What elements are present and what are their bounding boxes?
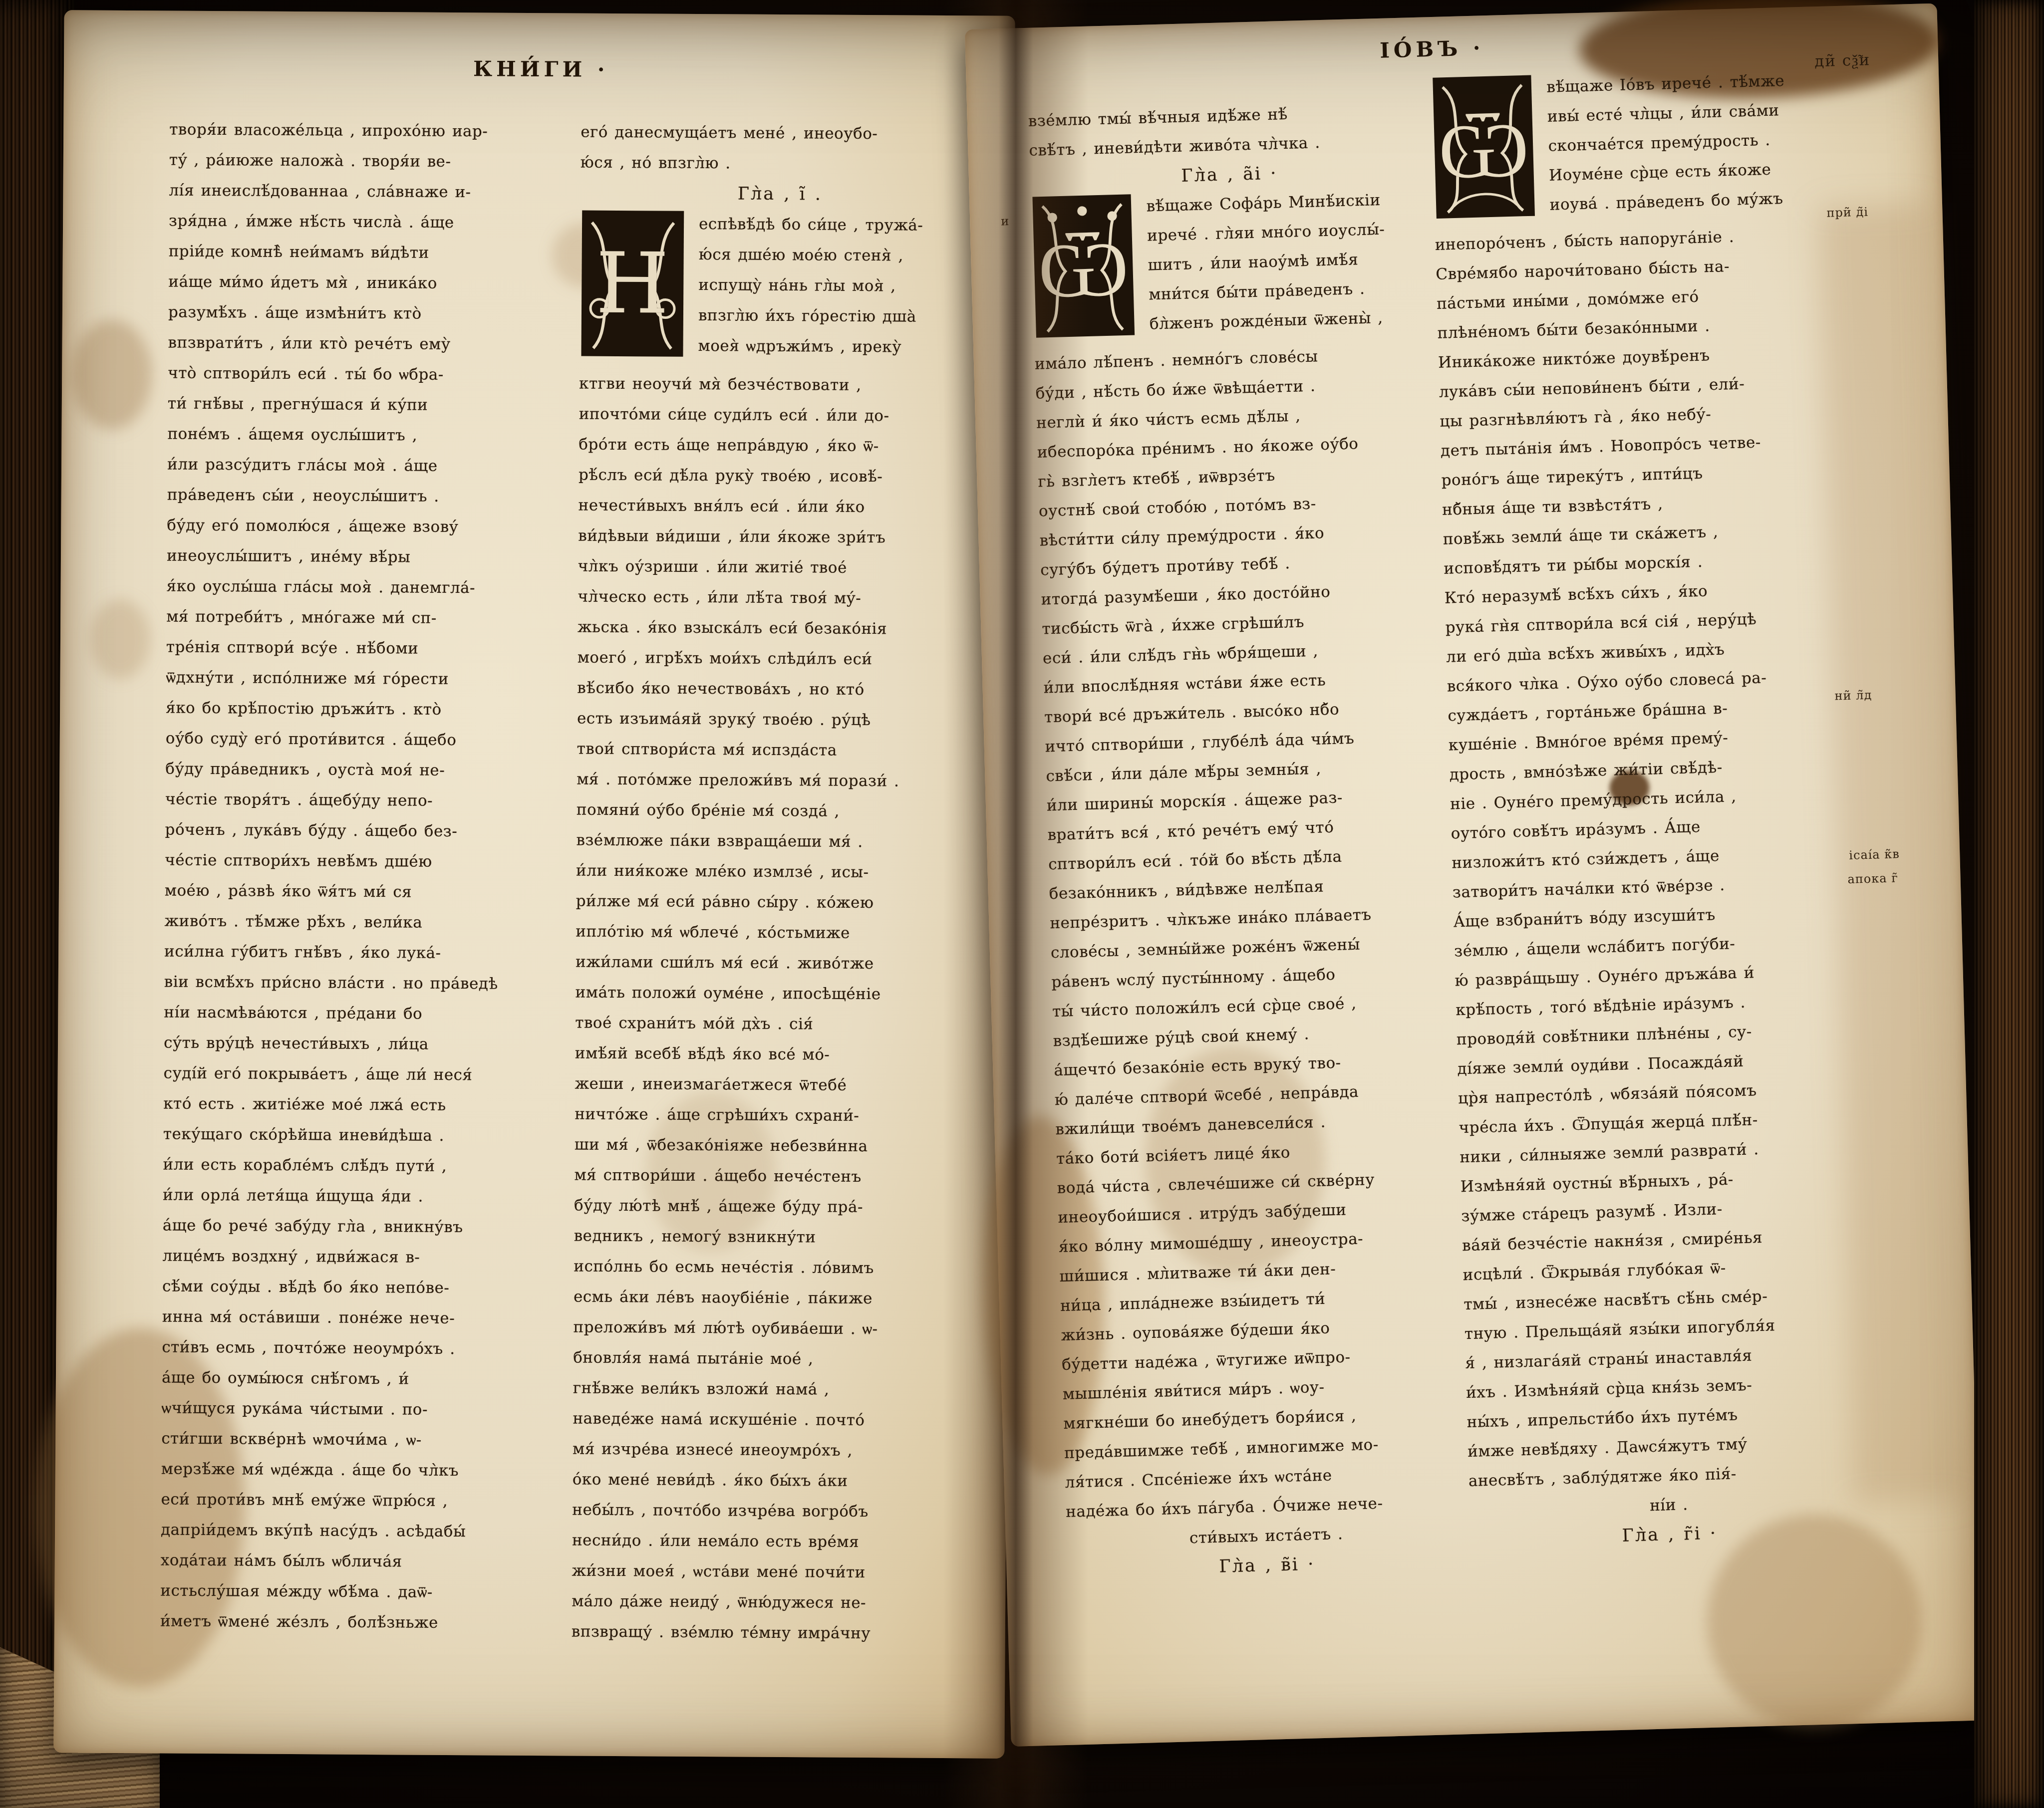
- text-line: нечести́выхъ вня́лъ еси́ . и́ли я́ко: [578, 491, 977, 523]
- text-line: ні́и насмѣва́ются , пре́дани бо: [164, 997, 558, 1030]
- text-line: ипочто́ми си́це суди́лъ еси́ . и́ли до-: [579, 399, 978, 432]
- text-line: и́ли ния́коже мле́ко измлзе́ , исы-: [576, 856, 975, 889]
- drop-cap-block: Н еспѣвѣ́дѣ бо си́це , тружа́-ю́ся дше́ю…: [579, 209, 979, 371]
- text-line: инеоуслы́шитъ , ине́му вѣ́ры: [167, 540, 561, 573]
- running-head-right: ІО́ВЪ ·: [1380, 35, 1484, 63]
- text-line: несни́до . и́ли нема́ло есть вре́мя: [572, 1525, 971, 1558]
- text-line: ю́ся дше́ю мое́ю стеня̀ ,: [699, 240, 979, 271]
- text-line: есмь а́ки ле́въ наоубіе́ніе , па́киже: [574, 1282, 973, 1314]
- text-line: моего́ , игрѣ́хъ мои́хъ слѣди́лъ еси́: [578, 643, 977, 676]
- stain: [72, 319, 152, 430]
- text-line: ту́ , ра́июже наложа̀ . творя́и ве-: [169, 145, 564, 178]
- text-line: есть изъима́яй зруку́ твое́ю . ру́цѣ: [577, 704, 976, 737]
- text-line: жи́зни моея́ , ѡста́ви мене́ почи́ти: [572, 1555, 971, 1588]
- text-line: моея̀ ѡдръжи́мъ , иреку̀: [698, 331, 978, 363]
- text-line: а́ще бо оумы́юся снѣ́гомъ , и́: [162, 1362, 556, 1395]
- text-line: вѣ́сибо я́ко нечествова́хъ , но кто́: [577, 673, 976, 706]
- text-line: истьслу́шая ме́жду ѡбѣ́ма . даѿ-: [160, 1575, 555, 1608]
- text-line: бу́ду лю́тѣ мнѣ́ , а́щеже бу́ду пра́-: [574, 1190, 973, 1223]
- chapter-heading: Гл̀а , і̃ .: [580, 178, 979, 211]
- text-line: иа́ще ми́мо и́детъ мя̀ , иника́ко: [168, 266, 563, 299]
- text-line: лі́я инеислѣ́дованнаа , сла́внаже и-: [169, 176, 563, 209]
- text-line: віи всмѣ́хъ при́сно вла́сти . но пра́вед…: [164, 967, 559, 1000]
- text-line: сти́въ есмь , почто́же неоумро́хъ .: [162, 1332, 556, 1365]
- text-line: ипло́тію мя́ ѡблече́ , ко́стьмиже: [576, 917, 975, 950]
- text-line: живо́тъ . тѣ́мже рѣ́хъ , вели́ка: [164, 906, 559, 939]
- column-body-lines: инепоро́ченъ , бы́сть напоруга́ніе .Свре…: [1435, 220, 1868, 1496]
- text-line: ма́ло да́же неиду́ , ѿню́дужеся не-: [572, 1586, 971, 1619]
- text-line: о́ко мене́ неви́дѣ . я́ко бы́хъ а́ки: [573, 1464, 972, 1497]
- text-line: ши мя́ , ѿбезако́ніяже небезви́нна: [575, 1130, 974, 1163]
- text-line: и́метъ ѿмене́ же́злъ , болѣ́зньже: [160, 1606, 555, 1639]
- margin-note-apocalypse: апока г̃: [1847, 871, 1898, 886]
- text-line: хода́таи на́мъ бы́лъ ѡблича́я: [161, 1545, 555, 1578]
- text-line: твое́ схрани́тъ мо́й дх̀ъ . сія́: [575, 1008, 974, 1041]
- text-line: иси́лна гу́битъ гнѣ́въ , я́ко лука́-: [164, 936, 559, 969]
- text-line: имѣ́яй всебѣ́ вѣ́дѣ я́ко все́ мо́-: [575, 1038, 974, 1071]
- woodcut-initial-Ot: Ѿ: [1030, 192, 1137, 349]
- text-line: зря́дна , и́мже нѣ́сть числа̀ . а́ще: [169, 206, 563, 239]
- text-line: взе́млюже па́ки взвраща́еши мя́ .: [576, 825, 975, 858]
- text-line: суді́й его́ покрыва́етъ , а́ще ли́ неся́: [163, 1058, 558, 1091]
- woodcut-initial-N: Н: [579, 209, 686, 369]
- text-line: су́ть вру́цѣ нечести́выхъ , ли́ца: [164, 1028, 558, 1060]
- text-line: ктгви неоучи́ мя̀ безче́ствовати ,: [579, 369, 978, 402]
- text-line: ведникъ , немогу́ взникну́ти: [574, 1221, 973, 1254]
- initial-letter: Н: [595, 235, 670, 333]
- text-line: испо́лнь бо есмь нече́стія . ло́вимъ: [574, 1251, 973, 1284]
- text-line: и́ли орла́ летя́ща и́щуща я́ди .: [163, 1180, 557, 1213]
- text-line: разумѣ́хъ . а́ще измѣни́тъ кто̀: [168, 297, 563, 330]
- text-line: жьска . я́ко взыска́лъ еси́ безако́нія: [578, 612, 977, 645]
- right-page-column-1: взе́млю тмы́ вѣ́чныя идѣ́же нѣ́свѣ́тъ , …: [1028, 96, 1467, 1586]
- text-line: бновля́я нама́ пыта́ніе мое́ ,: [573, 1342, 972, 1375]
- text-line: ти́ гнѣ́вы , прегну́шася и́ ку́пи: [168, 388, 562, 421]
- text-line: испущу̀ на́нь гл̀ы моя̀ ,: [698, 270, 979, 302]
- text-line: ижи́лами сши́лъ мя́ еси́ . живо́тже: [576, 947, 975, 980]
- text-line: и́ли разсу́дитъ гла́сы моя̀ . а́ще: [167, 449, 562, 482]
- column-body-lines: има́ло лѣ́пенъ . немно́гъ слове́сыбу́ди …: [1034, 339, 1465, 1527]
- text-line: а́ще бо рече́ забу́ду гл̀а , вникну́въ: [163, 1210, 557, 1243]
- right-page: ІО́ВЪ · ди̃ сѯ̃и и при̃ д̃і ни̃ л̃д ісаі…: [965, 3, 1983, 1747]
- fore-edge: [1974, 0, 2044, 1808]
- text-line: жеши , инеизмага́етжеся ѿтебе́: [575, 1069, 974, 1102]
- text-line: че́стіе творя́тъ . а́щебу́ду непо-: [165, 784, 560, 817]
- text-line: лице́мъ воздхну́ , идви́жася в-: [162, 1241, 557, 1274]
- photo-of-open-book: КНИ́ГИ · ѱл̃м м̃ творя́и власоже́льца , …: [0, 0, 2044, 1808]
- text-line: преложи́въ мя́ лю́тѣ оубива́еши . ѡ-: [573, 1312, 972, 1345]
- drop-cap-lines: еспѣвѣ́дѣ бо си́це , тружа́-ю́ся дше́ю м…: [698, 209, 979, 363]
- text-line: его́ данесмуща́етъ мене́ , инеоубо-: [581, 117, 980, 150]
- text-line: и́ли есть корабле́мъ слѣ́дъ пути́ ,: [163, 1149, 557, 1182]
- right-page-column-2: Ѿ вѣ́щаже Іо́въ ирече́ . тѣ́мжеивы́ есте…: [1431, 65, 1870, 1555]
- drop-cap-block: Ѿ вѣ́щаже Софа́рь Минѣ́искіиирече́ . гл̀…: [1030, 184, 1434, 350]
- text-line: еспѣвѣ́дѣ бо си́це , тружа́-: [699, 209, 979, 241]
- text-line: впзгл̀ю и́хъ го́рестію дша̀: [698, 300, 979, 332]
- drop-cap-block: Ѿ вѣ́щаже Іо́въ ирече́ . тѣ́мжеивы́ есте…: [1431, 65, 1834, 231]
- margin-note-chapter-mark: и: [1001, 214, 1010, 228]
- text-line: оу́бо суду̀ его́ проти́вится . а́щебо: [166, 723, 560, 756]
- text-line: мя́ потреби́тъ , мно́гаже ми́ сп-: [166, 601, 561, 634]
- drop-cap-lines: вѣ́щаже Іо́въ ирече́ . тѣ́мжеивы́ есте́ …: [1546, 65, 1834, 220]
- text-line: ю́ся , но́ впзгл̀ю .: [581, 148, 980, 181]
- text-line: ѡчи́щуся рука́ма чи́стыми . по-: [161, 1393, 556, 1426]
- text-line: чл̀къ оу́зриши . и́ли житіе́ твое́: [578, 551, 977, 584]
- text-line: ри́лже мя́ еси́ ра́вно сы́ру . ко́жею: [576, 886, 975, 919]
- text-line: твои́ сптвори́ста мя́ испзда́ста: [577, 734, 976, 767]
- column-top-lines: его́ данесмуща́етъ мене́ , инеоубо-ю́ся …: [581, 117, 980, 181]
- text-line: впзврати́тъ , и́ли кто̀ рече́тъ ему̀: [168, 327, 562, 360]
- text-line: небы́лъ , почто́бо изчре́ва вогро́бъ: [572, 1495, 971, 1528]
- stain: [90, 599, 150, 680]
- left-page: КНИ́ГИ · ѱл̃м м̃ творя́и власоже́льца , …: [53, 10, 1015, 1759]
- text-line: мя́ . пото́мже преложи́въ мя́ порази́ .: [577, 765, 976, 797]
- text-line: наведе́же нама́ искуше́ніе . почто́: [573, 1403, 972, 1436]
- text-line: че́стіе сптвори́хъ невѣ́мъ дше́ю: [165, 845, 559, 878]
- text-line: мя́ изчре́ва изнесе́ инеоумро́хъ ,: [573, 1434, 972, 1467]
- text-line: рѣ́слъ еси́ дѣ́ла руку̀ твое́ю , исовѣ́-: [579, 460, 978, 493]
- running-head-left: КНИ́ГИ ·: [473, 56, 609, 82]
- text-line: мя́ сптвори́ши . а́щебо нече́стенъ: [574, 1160, 973, 1193]
- text-line: ничто́же . а́ще сгрѣши́хъ схрани́-: [575, 1099, 974, 1132]
- text-line: чл̀ческо есть , и́ли лѣ́та твоя́ му́-: [578, 582, 977, 615]
- text-line: инна мя́ оста́виши . поне́же нече-: [162, 1301, 557, 1334]
- text-line: ро́ченъ , лука́въ бу́ду . а́щебо без-: [165, 814, 559, 847]
- margin-note-isaiah: ісаі́а к̃в: [1849, 847, 1900, 862]
- text-line: ви́дѣвыи ви́диши , и́ли я́коже зри́тъ: [578, 521, 977, 554]
- text-line: има́ть положи́ оуме́не , ипосѣще́ніе: [575, 978, 974, 1011]
- text-line: еси́ проти́въ мнѣ́ ему́же ѿпрю́ся ,: [161, 1484, 555, 1517]
- left-page-column-2: его́ данесмуща́етъ мене́ , инеоубо-ю́ся …: [572, 117, 980, 1650]
- text-line: поне́мъ . а́щемя оуслы́шитъ ,: [167, 419, 562, 452]
- initial-letter: Ѿ: [1437, 104, 1530, 197]
- text-line: что̀ сптвори́лъ еси́ . ты́ бо ѡбра-: [168, 358, 562, 391]
- text-line: тре́нія сптвори́ всу́е . нѣ́боми: [166, 632, 561, 665]
- text-line: впзвращу́ . взе́млю те́мну имра́чну: [572, 1616, 971, 1649]
- text-line: пра́веденъ сы́и , неоуслы́шитъ .: [167, 480, 562, 513]
- text-line: дапріи́демъ вку́пѣ насу́дъ . асѣдабы́: [161, 1515, 555, 1548]
- drop-cap-lines: вѣ́щаже Софа́рь Минѣ́искіиирече́ . гл̀яи…: [1146, 184, 1434, 339]
- text-line: теку́щаго ско́рѣйша иневи́дѣша .: [163, 1119, 558, 1152]
- column-top-lines: взе́млю тмы́ вѣ́чныя идѣ́же нѣ́свѣ́тъ , …: [1028, 96, 1429, 166]
- text-line: творя́и власоже́льца , ипрохо́ню иар-: [169, 115, 564, 148]
- text-line: бро́ти есть а́ще непра́вдую , я́ко ѿ-: [579, 430, 978, 463]
- text-line: ѿдхну́ти , испо́лниже мя́ го́рести: [166, 662, 560, 695]
- text-line: мое́ю , ра́звѣ я́ко ѿя́тъ ми́ ся: [165, 875, 559, 908]
- text-line: сти́гши вскве́рнѣ ѡмочи́ма , ѡ-: [161, 1423, 556, 1456]
- text-line: гнѣ́вже вели́къ взложи́ нама́ ,: [573, 1373, 972, 1406]
- text-line: я́ко оуслы́ша гла́сы моя̀ . данемгла́-: [166, 571, 561, 604]
- text-line: кто́ есть . житіе́же мое́ лжа́ есть: [163, 1088, 558, 1121]
- text-line: я́ко бо крѣ́постію дръжи́тъ . кто̀: [166, 693, 560, 726]
- text-line: бу́ду пра́ведникъ , оуста̀ моя́ не-: [165, 754, 560, 786]
- text-line: пріи́де комнѣ̀ неи́мамъ ви́дѣти: [169, 237, 563, 269]
- text-line: помяни́ оу́бо бре́ніе мя́ созда́ ,: [577, 795, 976, 828]
- column-body-lines: ктгви неоучи́ мя̀ безче́ствовати ,ипочто…: [572, 369, 979, 1650]
- text-line: мерзѣ́же мя́ ѡде́жда . а́ще бо чл̀къ: [161, 1454, 556, 1487]
- woodcut-initial-Ot: Ѿ: [1431, 73, 1537, 230]
- initial-letter: Ѿ: [1037, 223, 1130, 315]
- left-page-column-1: творя́и власоже́льца , ипрохо́ню иар-ту́…: [160, 115, 564, 1639]
- text-line: сѣ́ми соу́ды . вѣ́дѣ бо я́ко непо́ве-: [162, 1271, 557, 1304]
- text-line: бу́ду его́ помолю́ся , а́щеже взову́: [167, 510, 561, 543]
